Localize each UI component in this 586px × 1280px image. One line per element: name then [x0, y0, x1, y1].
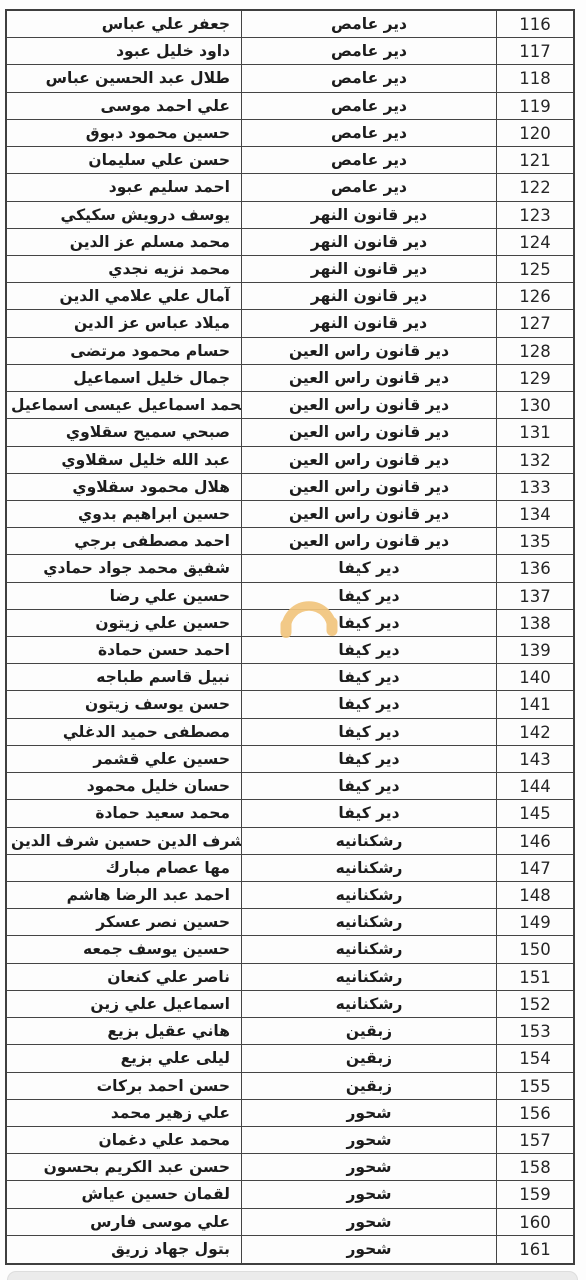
row-number-cell: 125 [497, 256, 573, 282]
row-number-cell: 119 [497, 93, 573, 119]
row-number-cell: 147 [497, 855, 573, 881]
table-row: حسين ابراهيم بدوي دير قانون راس العين 13… [7, 501, 573, 528]
village-cell: دير كيفا [242, 555, 497, 581]
village-cell: رشكنانيه [242, 991, 497, 1017]
table-row: جعفر علي عباس دير عامص 116 [7, 11, 573, 38]
village-cell: زبقين [242, 1018, 497, 1044]
row-number-cell: 156 [497, 1100, 573, 1126]
name-cell: احمد حسن حمادة [7, 637, 242, 663]
village-cell: دير كيفا [242, 800, 497, 826]
name-cell: محمد مسلم عز الدين [7, 229, 242, 255]
name-cell: حسان خليل محمود [7, 773, 242, 799]
name-cell: هاني عقيل بزيع [7, 1018, 242, 1044]
table-row: احمد عبد الرضا هاشم رشكنانيه 148 [7, 882, 573, 909]
village-cell: دير عامص [242, 11, 497, 37]
table-row: آمال علي علامي الدين دير قانون النهر 126 [7, 283, 573, 310]
village-cell: دير كيفا [242, 610, 497, 636]
village-cell: دير قانون النهر [242, 310, 497, 336]
row-number-cell: 116 [497, 11, 573, 37]
table-row: احمد مصطفى برجي دير قانون راس العين 135 [7, 528, 573, 555]
row-number-cell: 160 [497, 1209, 573, 1235]
village-cell: رشكنانيه [242, 882, 497, 908]
table-row: عبد الله خليل سقلاوي دير قانون راس العين… [7, 447, 573, 474]
name-cell: احمد عبد الرضا هاشم [7, 882, 242, 908]
row-number-cell: 124 [497, 229, 573, 255]
name-cell: حسين ابراهيم بدوي [7, 501, 242, 527]
document-page: جعفر علي عباس دير عامص 116 داود خليل عبو… [0, 0, 586, 1280]
name-cell: حسين علي زيتون [7, 610, 242, 636]
table-row: محمد علي دغمان شحور 157 [7, 1127, 573, 1154]
village-cell: دير قانون النهر [242, 256, 497, 282]
next-card-top-edge [7, 1271, 578, 1280]
table-row: حسام محمود مرتضى دير قانون راس العين 128 [7, 338, 573, 365]
row-number-cell: 145 [497, 800, 573, 826]
name-cell: علي زهير محمد [7, 1100, 242, 1126]
name-cell: ليلى علي بزيع [7, 1045, 242, 1071]
name-cell: ناصر علي كنعان [7, 964, 242, 990]
row-number-cell: 141 [497, 691, 573, 717]
village-cell: دير قانون النهر [242, 229, 497, 255]
village-cell: دير كيفا [242, 719, 497, 745]
row-number-cell: 151 [497, 964, 573, 990]
row-number-cell: 123 [497, 202, 573, 228]
row-number-cell: 158 [497, 1154, 573, 1180]
village-cell: شحور [242, 1181, 497, 1207]
row-number-cell: 134 [497, 501, 573, 527]
table-row: مها عصام مبارك رشكنانيه 147 [7, 855, 573, 882]
row-number-cell: 148 [497, 882, 573, 908]
row-number-cell: 121 [497, 147, 573, 173]
table-row: حسين محمود دبوق دير عامص 120 [7, 120, 573, 147]
name-cell: حسين محمود دبوق [7, 120, 242, 146]
row-number-cell: 144 [497, 773, 573, 799]
name-cell: نبيل قاسم طباجه [7, 664, 242, 690]
row-number-cell: 138 [497, 610, 573, 636]
table-row: ليلى علي بزيع زبقين 154 [7, 1045, 573, 1072]
village-cell: دير قانون راس العين [242, 392, 497, 418]
name-cell: حسين علي رضا [7, 583, 242, 609]
village-cell: دير قانون راس العين [242, 419, 497, 445]
table-row: هلال محمود سقلاوي دير قانون راس العين 13… [7, 474, 573, 501]
village-cell: دير كيفا [242, 746, 497, 772]
name-cell: لقمان حسين عياش [7, 1181, 242, 1207]
row-number-cell: 146 [497, 828, 573, 854]
village-cell: رشكنانيه [242, 909, 497, 935]
name-cell: محمد علي دغمان [7, 1127, 242, 1153]
table-row: شفيق محمد جواد حمادي دير كيفا 136 [7, 555, 573, 582]
table-row: محمد نزيه نجدي دير قانون النهر 125 [7, 256, 573, 283]
name-cell: طلال عبد الحسين عباس [7, 65, 242, 91]
table-row: نبيل قاسم طباجه دير كيفا 140 [7, 664, 573, 691]
row-number-cell: 143 [497, 746, 573, 772]
village-cell: دير كيفا [242, 583, 497, 609]
village-cell: دير قانون راس العين [242, 528, 497, 554]
table-row: جمال خليل اسماعيل دير قانون راس العين 12… [7, 365, 573, 392]
village-cell: دير قانون راس العين [242, 474, 497, 500]
table-row: حسان خليل محمود دير كيفا 144 [7, 773, 573, 800]
row-number-cell: 140 [497, 664, 573, 690]
table-row: داود خليل عبود دير عامص 117 [7, 38, 573, 65]
row-number-cell: 152 [497, 991, 573, 1017]
village-cell: شحور [242, 1127, 497, 1153]
table-row: حسن احمد بركات زبقين 155 [7, 1073, 573, 1100]
name-cell: يوسف درويش سكيكي [7, 202, 242, 228]
row-number-cell: 120 [497, 120, 573, 146]
name-cell: حسين علي قشمر [7, 746, 242, 772]
row-number-cell: 118 [497, 65, 573, 91]
table-row: حسين علي قشمر دير كيفا 143 [7, 746, 573, 773]
row-number-cell: 159 [497, 1181, 573, 1207]
name-cell: احمد مصطفى برجي [7, 528, 242, 554]
village-cell: رشكنانيه [242, 964, 497, 990]
row-number-cell: 150 [497, 936, 573, 962]
table-row: ميلاد عباس عز الدين دير قانون النهر 127 [7, 310, 573, 337]
name-cell: حسن احمد بركات [7, 1073, 242, 1099]
row-number-cell: 154 [497, 1045, 573, 1071]
name-cell: محمد اسماعيل عيسى اسماعيل [7, 392, 242, 418]
row-number-cell: 126 [497, 283, 573, 309]
table-row: محمد اسماعيل عيسى اسماعيل دير قانون راس … [7, 392, 573, 419]
row-number-cell: 137 [497, 583, 573, 609]
table-row: محمد مسلم عز الدين دير قانون النهر 124 [7, 229, 573, 256]
row-number-cell: 161 [497, 1236, 573, 1263]
name-cell: حسن علي سليمان [7, 147, 242, 173]
row-number-cell: 133 [497, 474, 573, 500]
name-cell: حسين نصر عسكر [7, 909, 242, 935]
row-number-cell: 139 [497, 637, 573, 663]
village-cell: شحور [242, 1236, 497, 1263]
table-row: حسين علي زيتون دير كيفا 138 [7, 610, 573, 637]
village-cell: دير قانون راس العين [242, 338, 497, 364]
table-row: صبحي سميح سقلاوي دير قانون راس العين 131 [7, 419, 573, 446]
table-row: يوسف درويش سكيكي دير قانون النهر 123 [7, 202, 573, 229]
row-number-cell: 149 [497, 909, 573, 935]
table-row: حسين نصر عسكر رشكنانيه 149 [7, 909, 573, 936]
village-cell: دير قانون راس العين [242, 447, 497, 473]
name-cell: محمد نزيه نجدي [7, 256, 242, 282]
table-row: حسن يوسف زيتون دير كيفا 141 [7, 691, 573, 718]
name-cell: داود خليل عبود [7, 38, 242, 64]
name-cell: حسن يوسف زيتون [7, 691, 242, 717]
name-cell: حسن عبد الكريم بحسون [7, 1154, 242, 1180]
village-cell: رشكنانيه [242, 828, 497, 854]
village-cell: دير عامص [242, 65, 497, 91]
row-number-cell: 131 [497, 419, 573, 445]
village-cell: شحور [242, 1154, 497, 1180]
row-number-cell: 130 [497, 392, 573, 418]
table-row: مصطفى حميد الدغلي دير كيفا 142 [7, 719, 573, 746]
village-cell: دير كيفا [242, 664, 497, 690]
village-cell: شحور [242, 1100, 497, 1126]
name-cell: ميلاد عباس عز الدين [7, 310, 242, 336]
table-row: اسماعيل علي زين رشكنانيه 152 [7, 991, 573, 1018]
table-row: احمد سليم عبود دير عامص 122 [7, 174, 573, 201]
name-cell: مها عصام مبارك [7, 855, 242, 881]
village-cell: رشكنانيه [242, 855, 497, 881]
row-number-cell: 153 [497, 1018, 573, 1044]
name-cell: شرف الدين حسين شرف الدين [7, 828, 242, 854]
table-row: هاني عقيل بزيع زبقين 153 [7, 1018, 573, 1045]
table-row: حسين علي رضا دير كيفا 137 [7, 583, 573, 610]
village-cell: دير عامص [242, 38, 497, 64]
village-cell: رشكنانيه [242, 936, 497, 962]
village-cell: دير قانون النهر [242, 283, 497, 309]
village-cell: دير عامص [242, 120, 497, 146]
table-row: ناصر علي كنعان رشكنانيه 151 [7, 964, 573, 991]
table-row: احمد حسن حمادة دير كيفا 139 [7, 637, 573, 664]
table-row: لقمان حسين عياش شحور 159 [7, 1181, 573, 1208]
roster-table: جعفر علي عباس دير عامص 116 داود خليل عبو… [5, 9, 575, 1265]
village-cell: دير قانون راس العين [242, 365, 497, 391]
village-cell: دير كيفا [242, 773, 497, 799]
name-cell: جعفر علي عباس [7, 11, 242, 37]
table-row: علي احمد موسى دير عامص 119 [7, 93, 573, 120]
name-cell: اسماعيل علي زين [7, 991, 242, 1017]
village-cell: دير عامص [242, 174, 497, 200]
village-cell: دير قانون راس العين [242, 501, 497, 527]
row-number-cell: 155 [497, 1073, 573, 1099]
name-cell: علي احمد موسى [7, 93, 242, 119]
row-number-cell: 142 [497, 719, 573, 745]
name-cell: حسين يوسف جمعه [7, 936, 242, 962]
village-cell: دير عامص [242, 93, 497, 119]
village-cell: دير قانون النهر [242, 202, 497, 228]
row-number-cell: 127 [497, 310, 573, 336]
name-cell: حسام محمود مرتضى [7, 338, 242, 364]
name-cell: هلال محمود سقلاوي [7, 474, 242, 500]
table-row: بتول جهاد زريق شحور 161 [7, 1236, 573, 1263]
row-number-cell: 128 [497, 338, 573, 364]
row-number-cell: 122 [497, 174, 573, 200]
name-cell: آمال علي علامي الدين [7, 283, 242, 309]
village-cell: شحور [242, 1209, 497, 1235]
table-row: حسن علي سليمان دير عامص 121 [7, 147, 573, 174]
table-row: طلال عبد الحسين عباس دير عامص 118 [7, 65, 573, 92]
table-row: حسن عبد الكريم بحسون شحور 158 [7, 1154, 573, 1181]
table-row: علي زهير محمد شحور 156 [7, 1100, 573, 1127]
name-cell: محمد سعيد حمادة [7, 800, 242, 826]
name-cell: جمال خليل اسماعيل [7, 365, 242, 391]
table-row: محمد سعيد حمادة دير كيفا 145 [7, 800, 573, 827]
name-cell: عبد الله خليل سقلاوي [7, 447, 242, 473]
name-cell: صبحي سميح سقلاوي [7, 419, 242, 445]
table-row: حسين يوسف جمعه رشكنانيه 150 [7, 936, 573, 963]
row-number-cell: 132 [497, 447, 573, 473]
village-cell: زبقين [242, 1045, 497, 1071]
village-cell: دير كيفا [242, 637, 497, 663]
village-cell: زبقين [242, 1073, 497, 1099]
village-cell: دير كيفا [242, 691, 497, 717]
name-cell: شفيق محمد جواد حمادي [7, 555, 242, 581]
name-cell: احمد سليم عبود [7, 174, 242, 200]
row-number-cell: 117 [497, 38, 573, 64]
village-cell: دير عامص [242, 147, 497, 173]
row-number-cell: 157 [497, 1127, 573, 1153]
row-number-cell: 135 [497, 528, 573, 554]
row-number-cell: 136 [497, 555, 573, 581]
name-cell: بتول جهاد زريق [7, 1236, 242, 1263]
name-cell: مصطفى حميد الدغلي [7, 719, 242, 745]
table-row: علي موسى فارس شحور 160 [7, 1209, 573, 1236]
row-number-cell: 129 [497, 365, 573, 391]
table-row: شرف الدين حسين شرف الدين رشكنانيه 146 [7, 828, 573, 855]
name-cell: علي موسى فارس [7, 1209, 242, 1235]
